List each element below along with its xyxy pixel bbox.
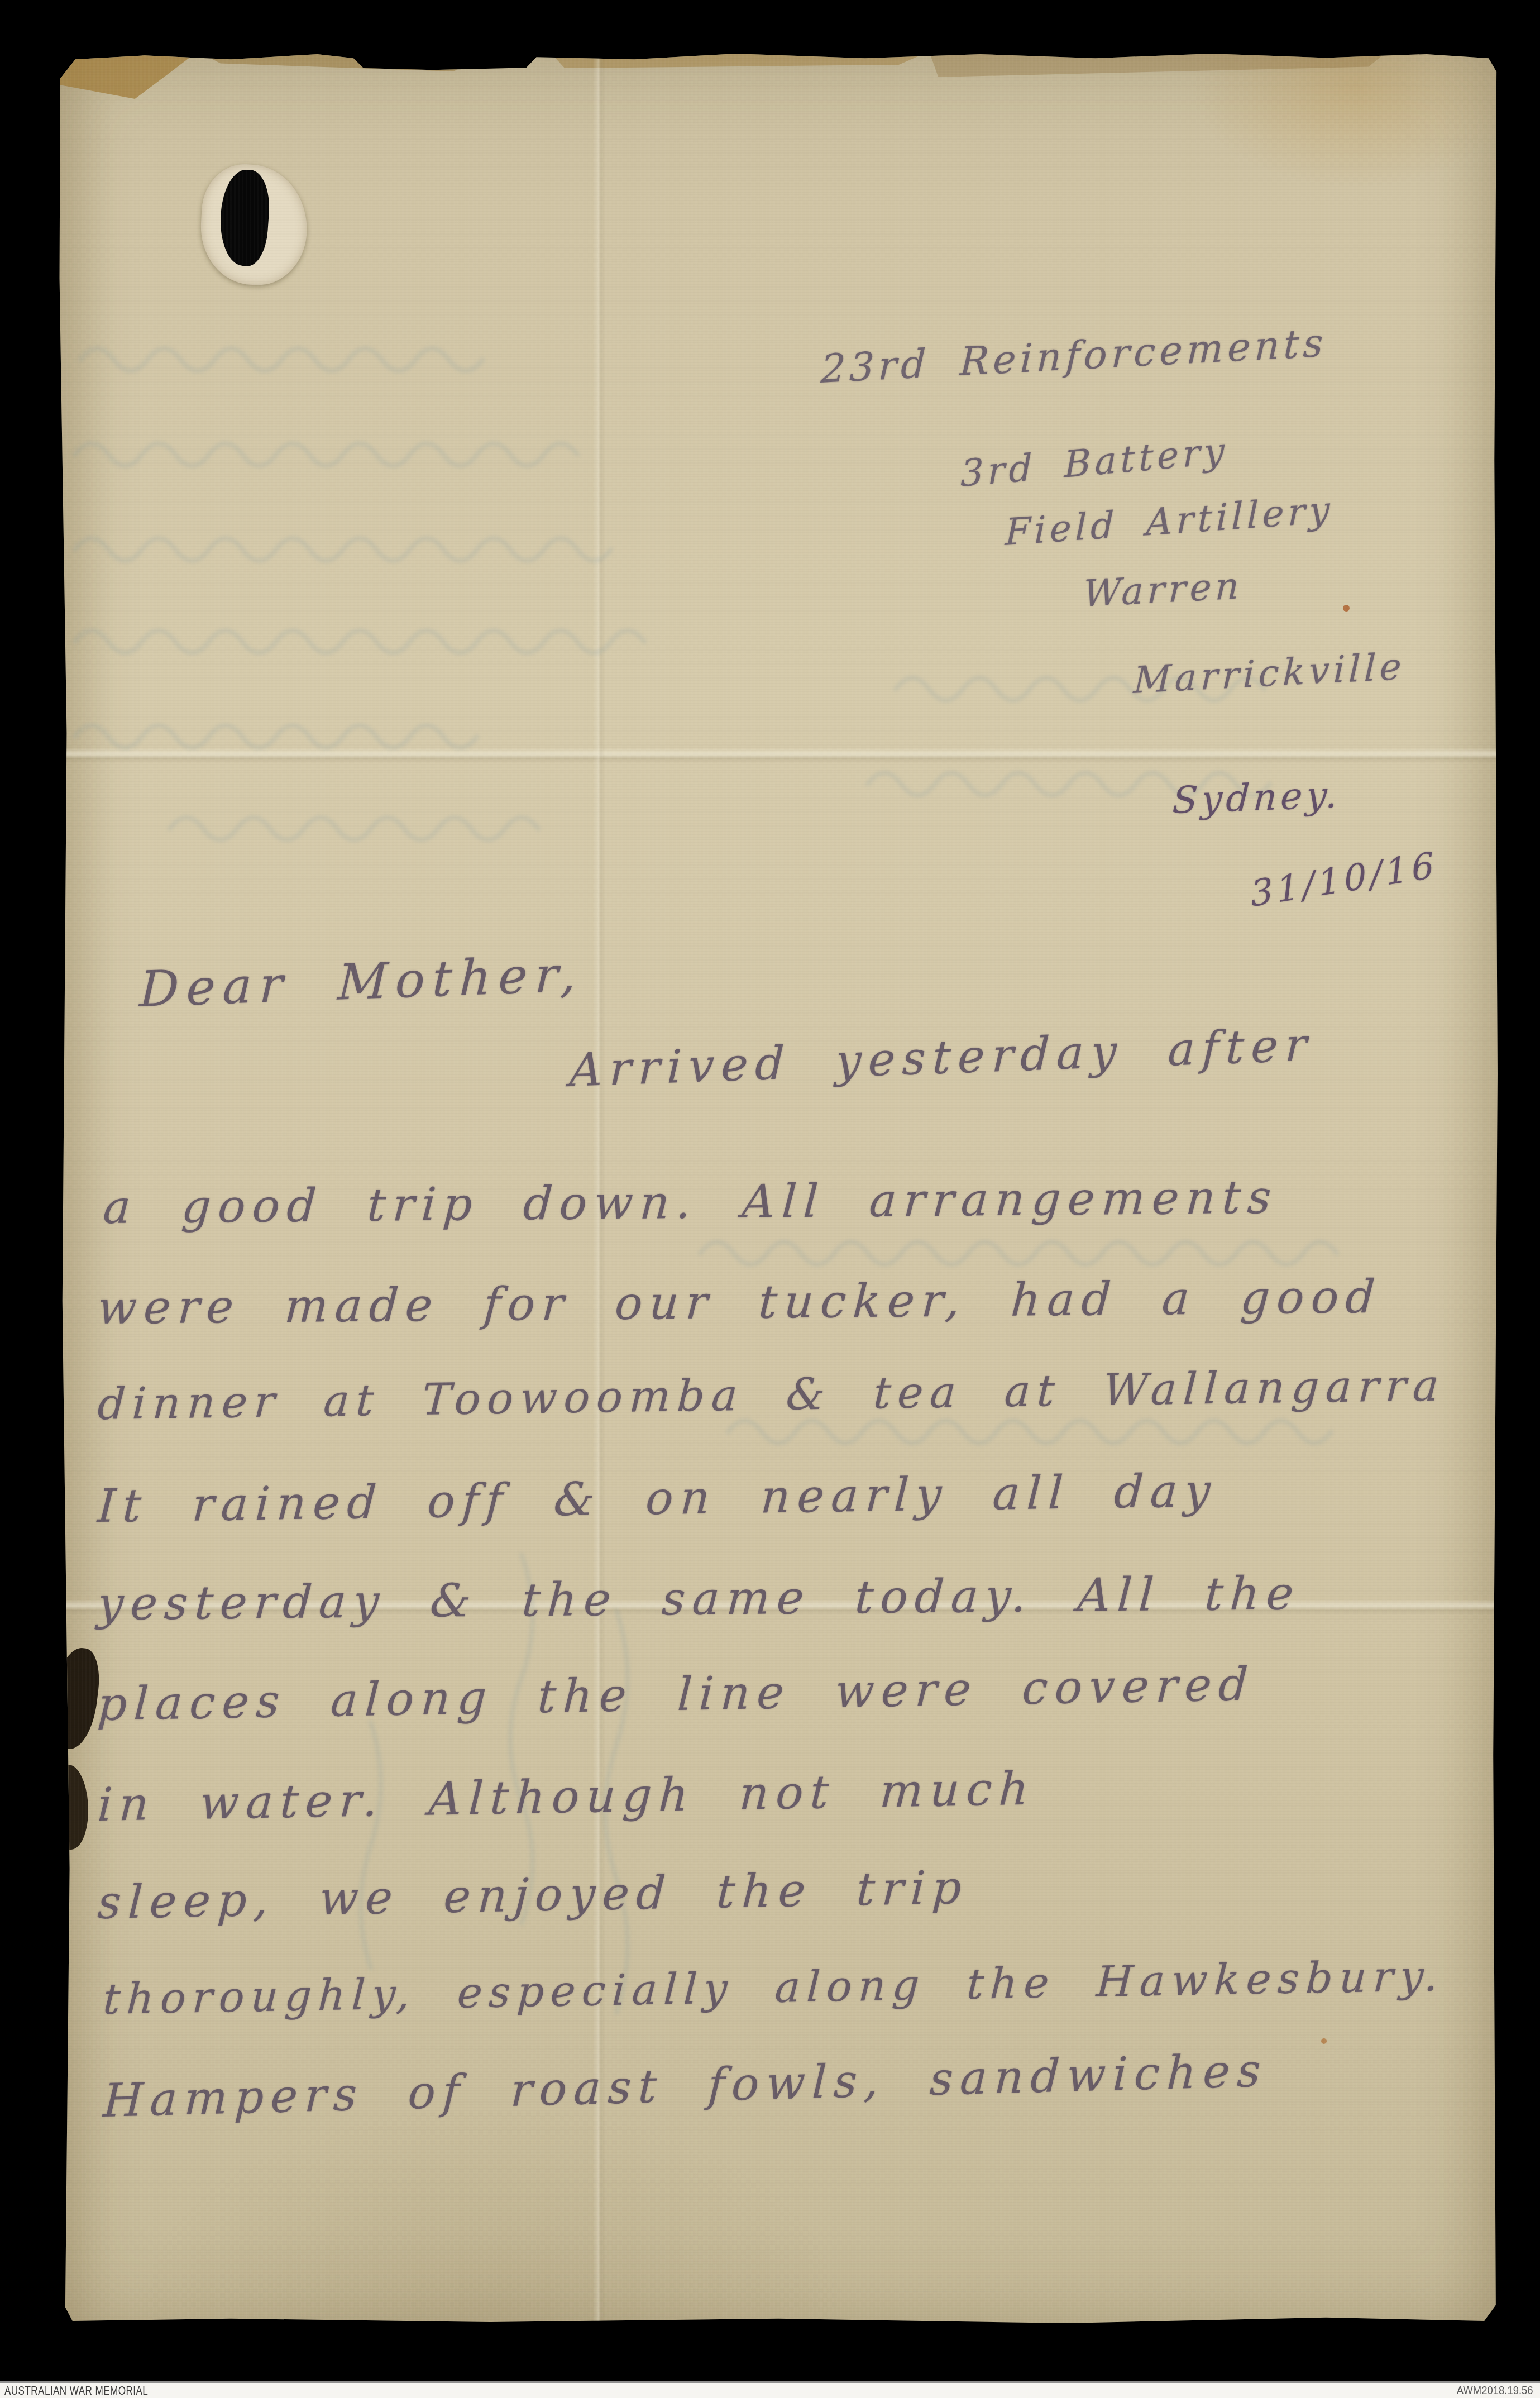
ink-blot [49, 1764, 91, 1851]
header-line-camp: Warren [1083, 564, 1244, 615]
body-line: thoroughly, especially along the Hawkesb… [102, 1951, 1446, 2024]
ink-blot [46, 1645, 103, 1751]
salutation: Dear Mother, [138, 945, 584, 1018]
archive-name-label: AUSTRALIAN WAR MEMORIAL [4, 2383, 148, 2398]
body-line: dinner at Toowoomba & tea at Wallangarra [96, 1360, 1447, 1430]
torn-paper-fragment [198, 51, 482, 71]
body-line: were made for our tucker, had a good [96, 1270, 1383, 1335]
place-line-city: Sydney. [1171, 773, 1342, 822]
body-line: places along the line were covered [97, 1658, 1256, 1731]
header-line-arm: Field Artillery [1005, 488, 1333, 554]
body-line: sleep, we enjoyed the trip [97, 1861, 970, 1929]
body-line: Hampers of roast fowls, sandwiches [102, 2044, 1269, 2128]
body-line: in water. Although not much [97, 1762, 1037, 1832]
stain-speck [1321, 2038, 1327, 2044]
date-line: 31/10/16 [1249, 844, 1439, 915]
header-line-unit: 23rd Reinforcements [820, 319, 1328, 392]
body-line: yesterday & the same today. All the [96, 1567, 1302, 1631]
body-line: a good trip down. All arrangements [102, 1171, 1279, 1234]
archive-id-label: AWM2018.19.56 [1457, 2384, 1533, 2397]
header-line-battery: 3rd Battery [960, 429, 1228, 495]
fold-crease [58, 748, 1499, 763]
body-line: Arrived yesterday after [568, 1018, 1314, 1097]
scan-background: 23rd Reinforcements 3rd Battery Field Ar… [0, 0, 1540, 2398]
stain-speck [1343, 605, 1350, 612]
torn-paper-fragment [549, 51, 929, 68]
archive-footer-bar: AUSTRALIAN WAR MEMORIAL AWM2018.19.56 [0, 2381, 1540, 2398]
letter-page: 23rd Reinforcements 3rd Battery Field Ar… [58, 51, 1499, 2323]
torn-paper-fragment [58, 51, 198, 99]
body-line: It rained off & on nearly all day [96, 1464, 1218, 1533]
torn-paper-fragment [929, 51, 1387, 77]
place-line-suburb: Marrickville [1133, 644, 1406, 702]
